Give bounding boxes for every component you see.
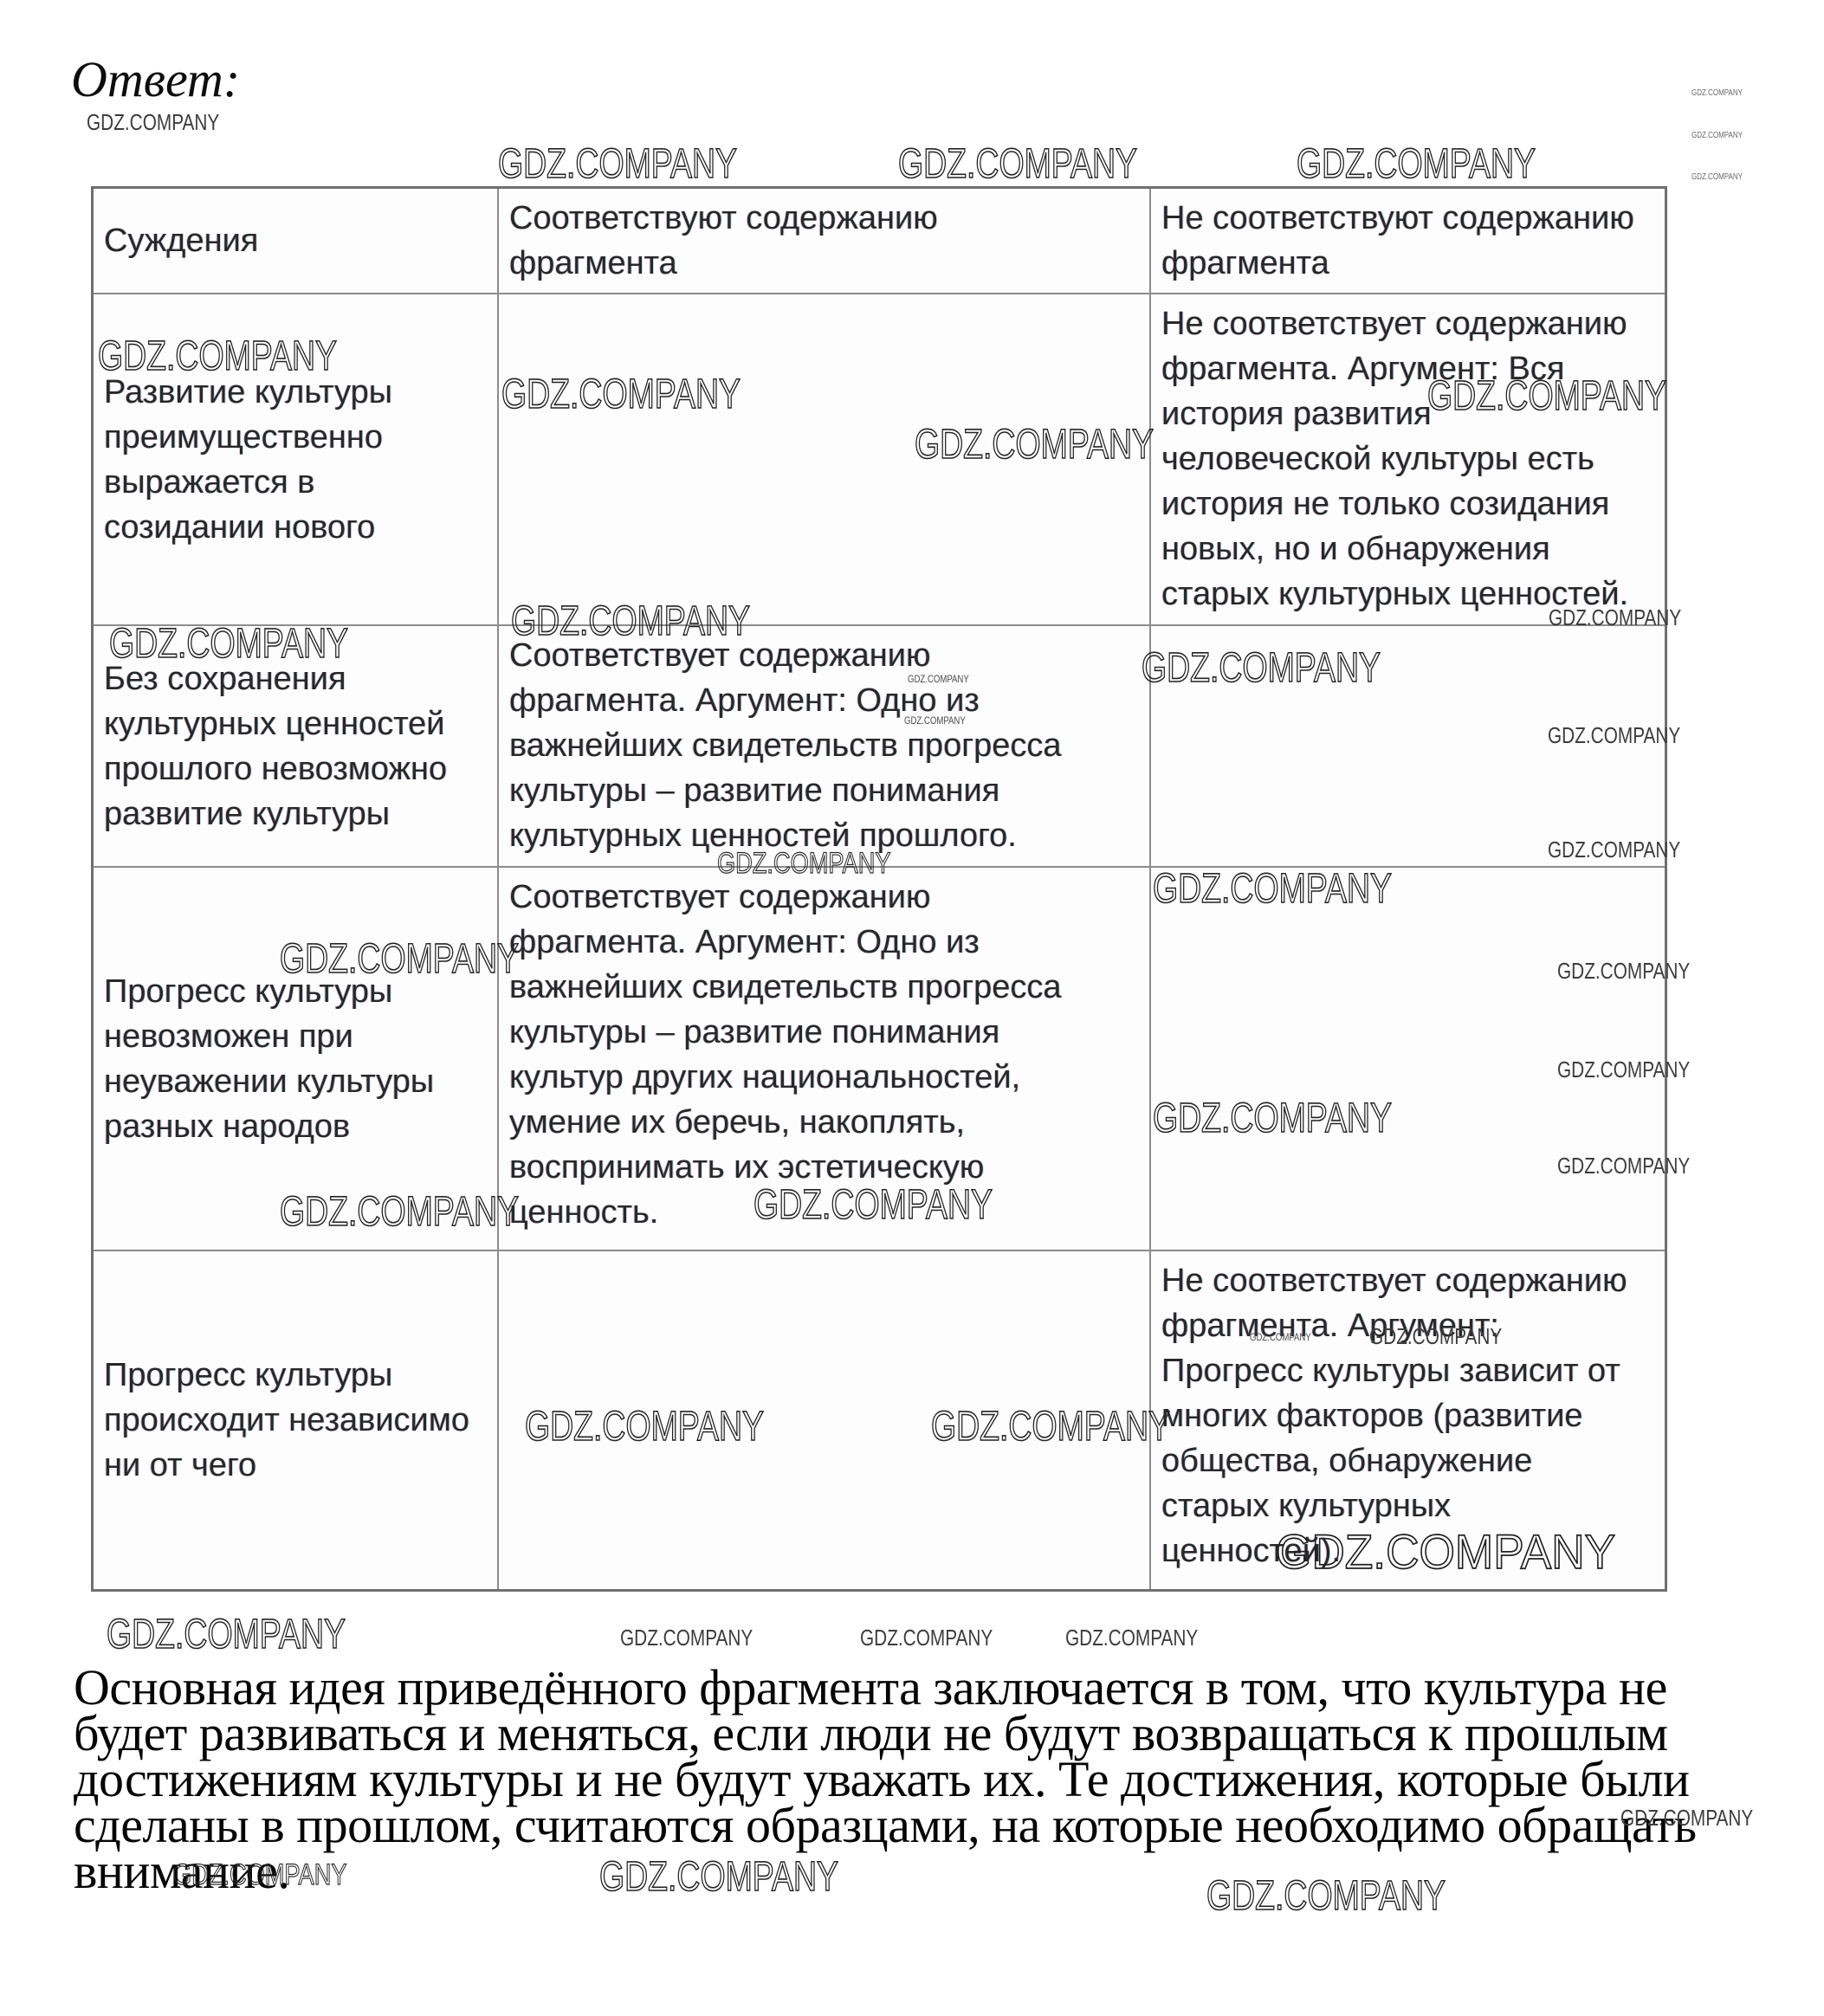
watermark-text: GDZ.COMPANY xyxy=(1557,1058,1690,1081)
judgment-cell: Прогресс культуры происходит независимо … xyxy=(94,1251,499,1589)
watermark-text: GDZ.COMPANY xyxy=(620,1626,753,1649)
watermark-text: GDZ.COMPANY xyxy=(87,111,219,133)
watermark-text: GDZ.COMPANY xyxy=(1065,1626,1198,1649)
watermark-text: GDZ.COMPANY xyxy=(498,144,737,185)
watermark-text: GDZ.COMPANY xyxy=(1427,376,1666,417)
watermark-text: GDZ.COMPANY xyxy=(898,144,1137,185)
watermark-text: GDZ.COMPANY xyxy=(599,1857,838,1898)
watermark-text: GDZ.COMPANY xyxy=(1153,869,1392,910)
watermark-text: GDZ.COMPANY xyxy=(860,1626,993,1649)
watermark-text: GDZ.COMPANY xyxy=(109,624,348,665)
page: Ответ: Суждения Соответствуют содержанию… xyxy=(0,0,1824,2016)
watermark-text: GDZ.COMPANY xyxy=(1549,606,1681,629)
watermark-text: GDZ.COMPANY xyxy=(754,1185,993,1226)
watermark-text: GDZ.COMPANY xyxy=(1557,960,1690,982)
watermark-text: GDZ.COMPANY xyxy=(1369,1325,1502,1347)
watermark-text: GDZ.COMPANY xyxy=(1206,1876,1446,1917)
watermark-text: GDZ.COMPANY xyxy=(107,1614,346,1656)
watermark-text: GDZ.COMPANY xyxy=(908,674,969,684)
corresponds-cell: Соответствует содержанию фрагмента. Аргу… xyxy=(499,626,1151,868)
header-not-corresponds: Не соответствуют содержанию фрагмента xyxy=(1151,189,1665,294)
header-corresponds: Соответствуют содержанию фрагмента xyxy=(499,189,1151,294)
watermark-text: GDZ.COMPANY xyxy=(1297,144,1536,185)
watermark-text: GDZ.COMPANY xyxy=(904,715,966,726)
watermark-text: GDZ.COMPANY xyxy=(280,1192,519,1233)
watermark-text: GDZ.COMPANY xyxy=(931,1406,1170,1448)
watermark-text: GDZ.COMPANY xyxy=(173,1860,346,1890)
watermark-text: GDZ.COMPANY xyxy=(1142,648,1381,689)
watermark-text: GDZ.COMPANY xyxy=(1691,173,1743,182)
watermark-text: GDZ.COMPANY xyxy=(280,939,519,980)
answer-heading: Ответ: xyxy=(71,50,240,108)
watermark-text: GDZ.COMPANY xyxy=(1548,838,1680,861)
watermark-text: GDZ.COMPANY xyxy=(1691,89,1743,98)
watermark-text: GDZ.COMPANY xyxy=(98,336,337,378)
watermark-text: GDZ.COMPANY xyxy=(1557,1154,1690,1177)
watermark-text: GDZ.COMPANY xyxy=(511,601,750,643)
watermark-text: GDZ.COMPANY xyxy=(525,1406,764,1448)
watermark-text: GDZ.COMPANY xyxy=(1250,1332,1311,1342)
watermark-text: GDZ.COMPANY xyxy=(1153,1098,1392,1140)
watermark-text: GDZ.COMPANY xyxy=(915,424,1154,466)
header-judgments: Суждения xyxy=(94,189,499,294)
watermark-text: GDZ.COMPANY xyxy=(1691,132,1743,140)
not-corresponds-cell: Не соответствует содержанию фрагмента. А… xyxy=(1151,294,1665,626)
watermark-text: GDZ.COMPANY xyxy=(1276,1528,1615,1576)
watermark-text: GDZ.COMPANY xyxy=(1620,1806,1753,1829)
watermark-text: GDZ.COMPANY xyxy=(501,374,741,416)
watermark-text: GDZ.COMPANY xyxy=(1548,724,1680,746)
watermark-text: GDZ.COMPANY xyxy=(717,849,890,878)
